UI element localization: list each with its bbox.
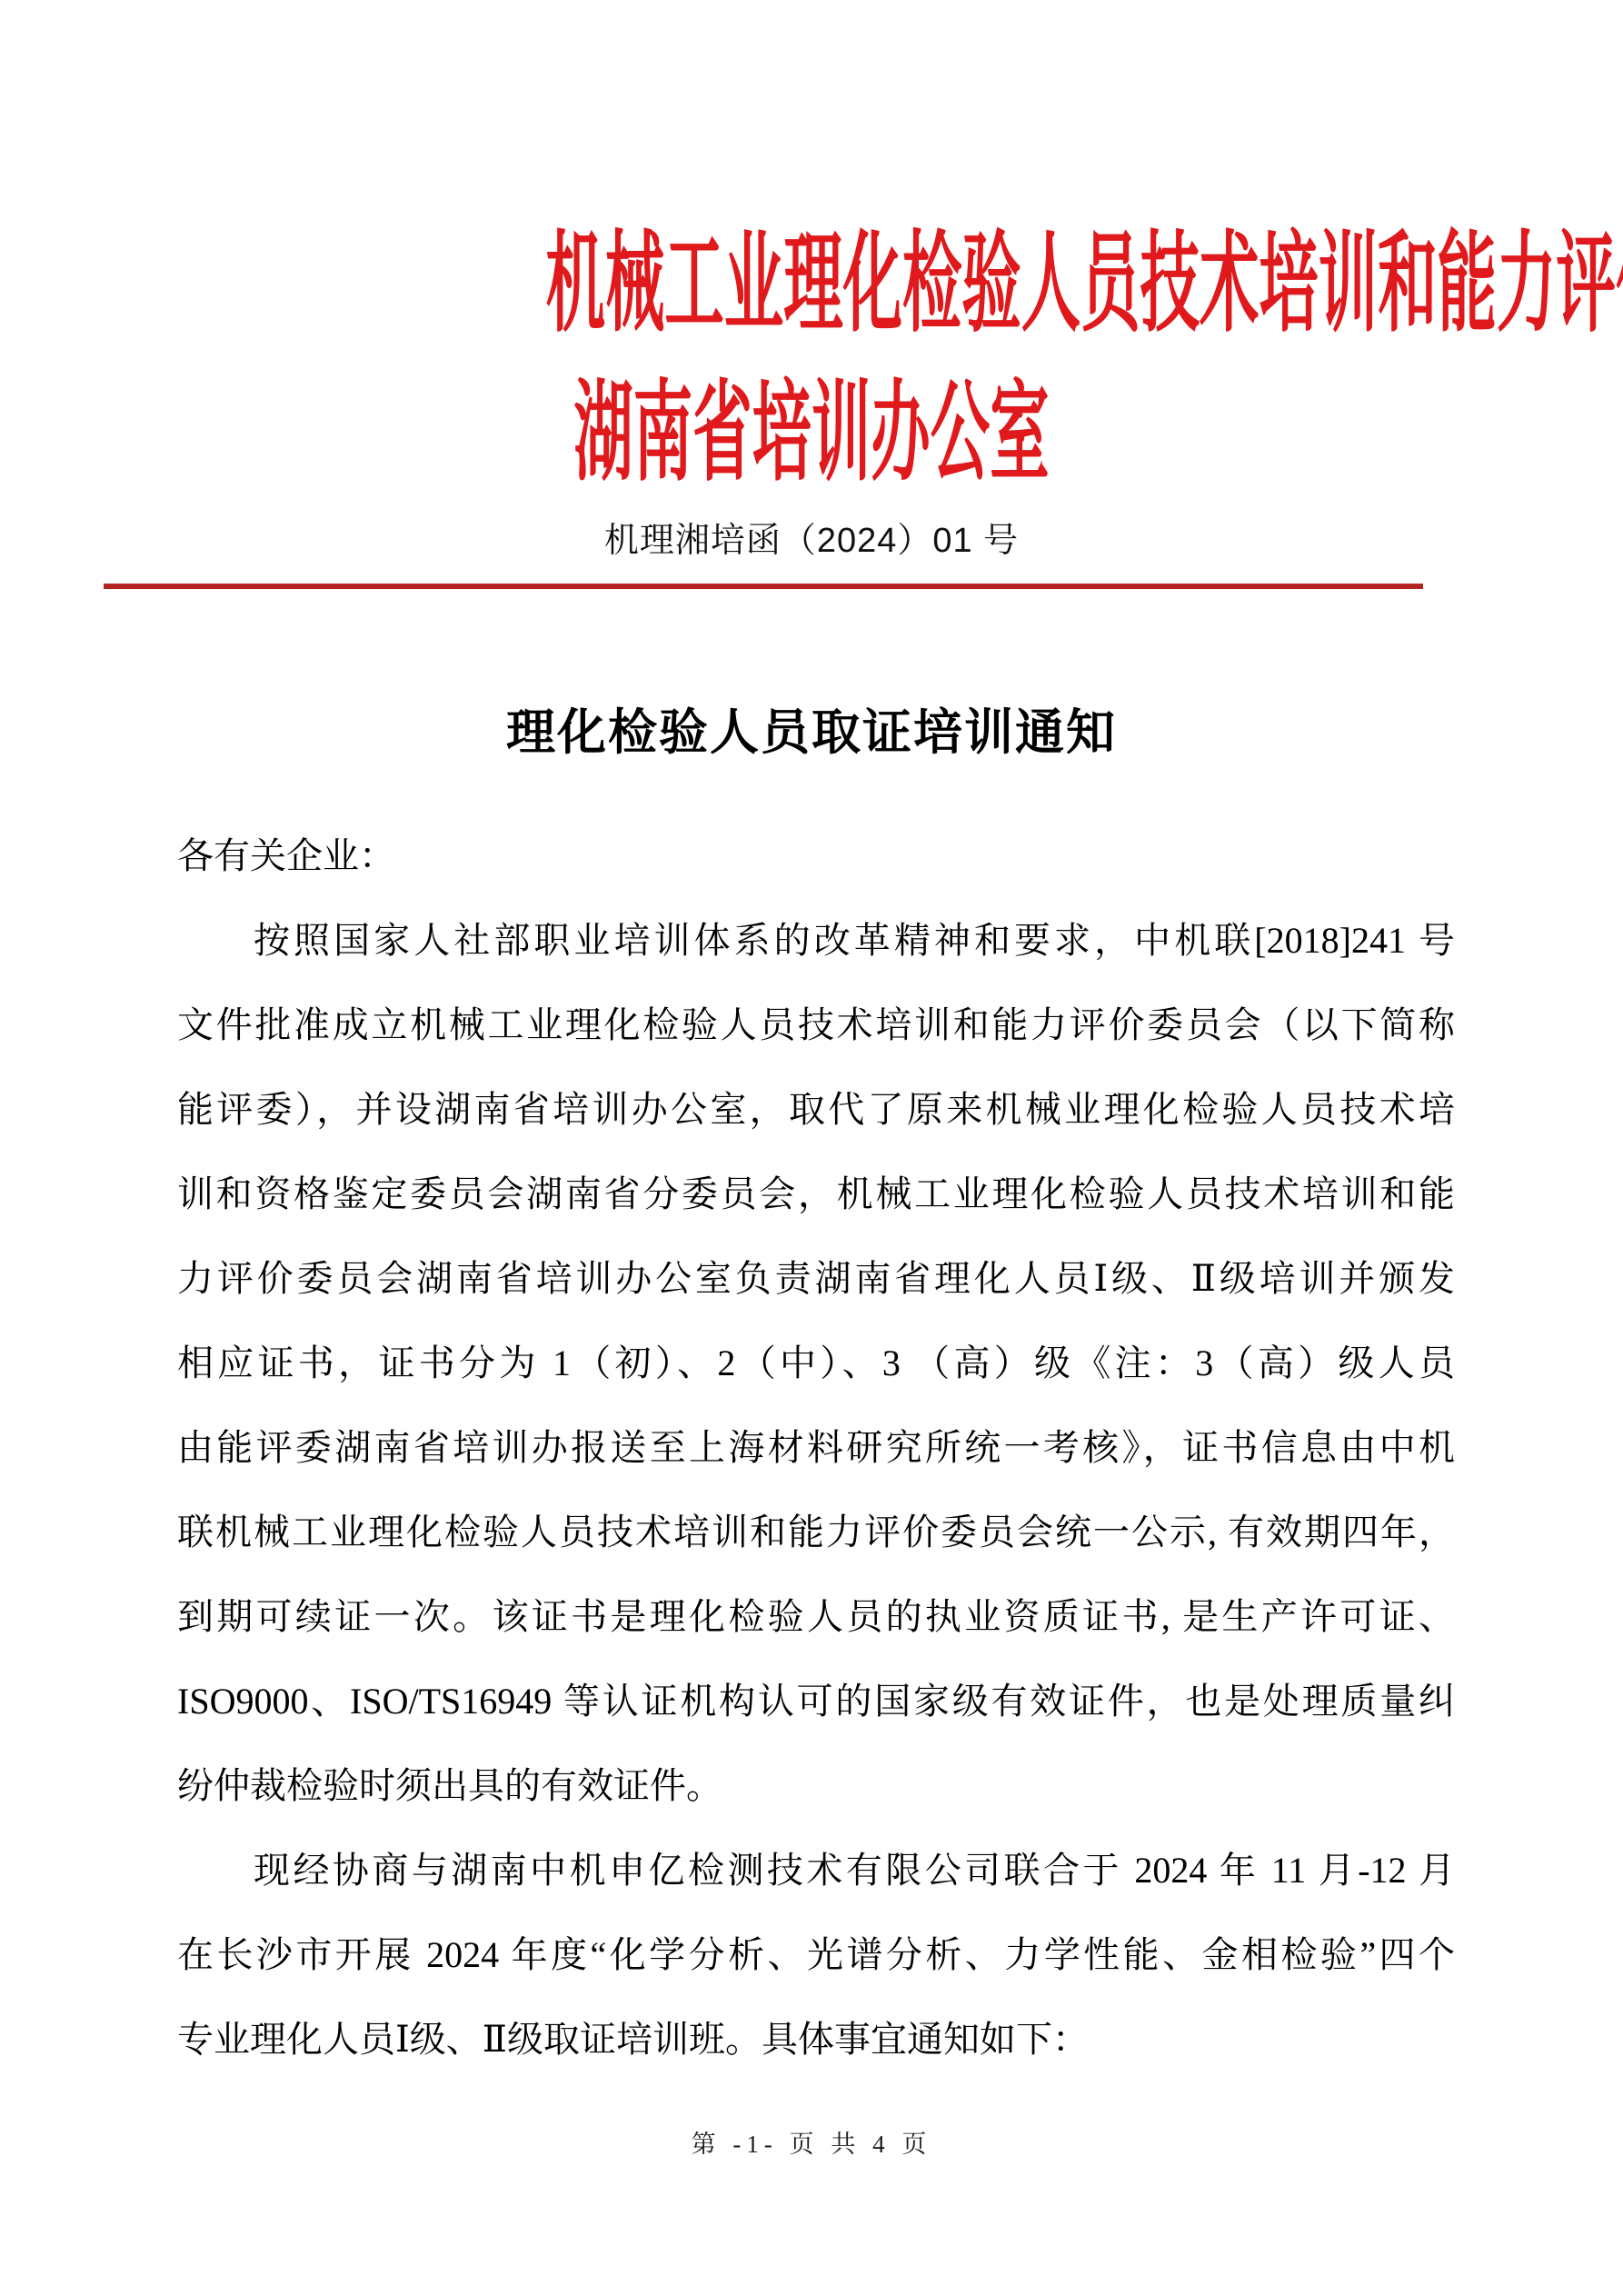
document-number: 机理湘培函（2024）01 号 [0,512,1623,562]
body-line: 由能评委湖南省培训办报送至上海材料研究所统一考核》，证书信息由中机 [177,1424,1455,1509]
body-text: 各有关企业：按照国家人社部职业培训体系的改革精神和要求，中机联[2018]241… [177,833,1455,2101]
document-title: 理化检验人员取证培训通知 [0,694,1623,764]
body-line: 相应证书，证书分为 1（初）、2（中）、3 （高）级《注：3（高）级人员 [177,1340,1455,1424]
body-line: 联机械工业理化检验人员技术培训和能力评价委员会统一公示, 有效期四年， [177,1509,1455,1593]
letterhead-org-title-line1-text: 机械工业理化检验人员技术培训和能力评价委员会 [546,222,1623,347]
body-line: 纷仲裁检验时须出具的有效证件。 [177,1762,1455,1847]
body-line: 能评委），并设湖南省培训办公室，取代了原来机械业理化检验人员技术培 [177,1086,1455,1171]
body-line: 文件批准成立机械工业理化检验人员技术培训和能力评价委员会（以下简称 [177,1002,1455,1086]
body-line: 力评价委员会湖南省培训办公室负责湖南省理化人员Ⅰ级、Ⅱ级培训并颁发 [177,1255,1455,1340]
letterhead-red-divider [104,584,1423,589]
document-page: 机械工业理化检验人员技术培训和能力评价委员会 湖南省培训办公室 机理湘培函（20… [0,0,1623,2296]
body-line: 按照国家人社部职业培训体系的改革精神和要求，中机联[2018]241 号 [177,917,1455,1002]
letterhead-org-title-line1: 机械工业理化检验人员技术培训和能力评价委员会 [0,222,1623,347]
body-line: 到期可续证一次。该证书是理化检验人员的执业资质证书, 是生产许可证、 [177,1593,1455,1678]
body-line: 训和资格鉴定委员会湖南省分委员会，机械工业理化检验人员技术培训和能 [177,1171,1455,1255]
body-line: ISO9000、ISO/TS16949 等认证机构认可的国家级有效证件，也是处理… [177,1678,1455,1762]
body-line: 在长沙市开展 2024 年度“化学分析、光谱分析、力学性能、金相检验”四个 [177,1932,1455,2016]
letterhead-org-title-line2: 湖南省培训办公室 [0,371,1623,496]
page-footer: 第 -1- 页 共 4 页 [0,2124,1623,2160]
body-line: 各有关企业： [177,833,1455,917]
letterhead-org-title-line2-text: 湖南省培训办公室 [573,371,1049,496]
body-line: 现经协商与湖南中机申亿检测技术有限公司联合于 2024 年 11 月-12 月 [177,1847,1455,1932]
body-line: 专业理化人员Ⅰ级、Ⅱ级取证培训班。具体事宜通知如下： [177,2016,1455,2101]
